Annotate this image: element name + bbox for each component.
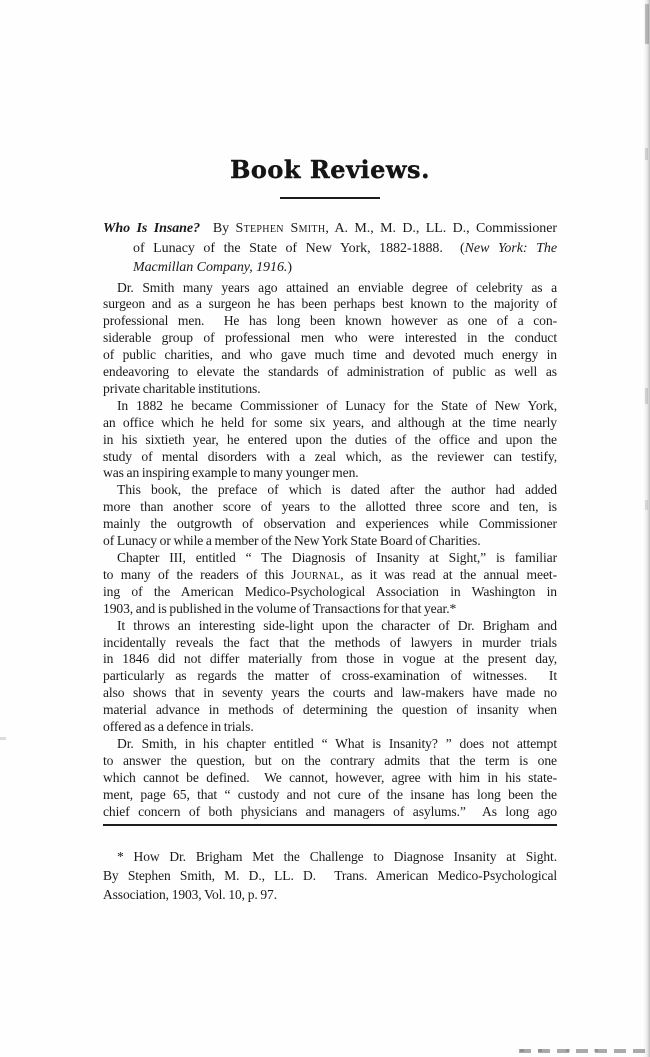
scan-dot-artifact	[520, 1049, 524, 1052]
text-line: This book, the preface of which is dated…	[103, 482, 557, 499]
author-small-caps: Stephen Smith	[236, 221, 326, 236]
text-line: chief concern of both physicians and man…	[103, 804, 557, 821]
text-line: to many of the readers of this Journal, …	[103, 567, 557, 584]
text-line: In 1882 he became Commissioner of Lunacy…	[103, 398, 557, 415]
heading-line: Who Is Insane? By Stephen Smith, A. M., …	[103, 219, 557, 239]
text-line: was an inspiring example to many younger…	[103, 465, 557, 482]
scan-edge-mark	[645, 148, 648, 160]
text-run: of Lunacy of the State of New York, 1882…	[133, 241, 465, 256]
publisher-italic: New York: The	[465, 241, 557, 256]
text-line: study of mental disorders with a zeal wh…	[103, 449, 557, 466]
text-line: which cannot be defined. We cannot, howe…	[103, 770, 557, 787]
text-line: mainly the outgrowth of observation and …	[103, 516, 557, 533]
text-line: in 1846 did not differ materially from t…	[103, 651, 557, 668]
paragraph: Dr. Smith many years ago attained an env…	[103, 280, 557, 398]
heading-line: Macmillan Company, 1916.)	[103, 258, 557, 278]
text-run: By	[200, 221, 235, 236]
page-title: Book Reviews.	[103, 155, 557, 184]
text-run: , A. M., M. D., LL. D., Commissioner	[325, 221, 557, 236]
text-line: ment, page 65, that “ custody and not cu…	[103, 787, 557, 804]
text-line: ing of the American Medico-Psychological…	[103, 584, 557, 601]
paragraph: This book, the preface of which is dated…	[103, 482, 557, 550]
paragraph: Chapter III, entitled “ The Diagnosis of…	[103, 550, 557, 618]
scan-edge-mark	[645, 4, 649, 44]
text-line: in his sixtieth year, he entered upon th…	[103, 432, 557, 449]
scanned-book-page: { "colors": { "paper": "#fefefe", "ink":…	[0, 0, 650, 1057]
text-line: Dr. Smith, in his chapter entitled “ Wha…	[103, 736, 557, 753]
text-line: of Lunacy or while a member of the New Y…	[103, 533, 557, 550]
text-line: also shows that in seventy years the cou…	[103, 685, 557, 702]
title-divider	[280, 197, 380, 199]
text-line: private charitable institutions.	[103, 381, 557, 398]
text-line: incidentally reveals the fact that the m…	[103, 635, 557, 652]
text-line: Chapter III, entitled “ The Diagnosis of…	[103, 550, 557, 567]
paragraph: It throws an interesting side-light upon…	[103, 618, 557, 736]
text-line: of public charities, and who gave much t…	[103, 347, 557, 364]
scan-edge-mark	[645, 388, 648, 404]
text-line: particularly as regards the matter of cr…	[103, 668, 557, 685]
text-line: siderable group of professional men who …	[103, 330, 557, 347]
footnote-line: * How Dr. Brigham Met the Challenge to D…	[103, 847, 557, 866]
text-line: surgeon and as a surgeon he has been per…	[103, 296, 557, 313]
footnote-divider	[103, 824, 557, 826]
heading-line: of Lunacy of the State of New York, 1882…	[103, 239, 557, 259]
text-line: offered as a defence in trials.	[103, 719, 557, 736]
text-line: an office which he held for some six yea…	[103, 415, 557, 432]
text-run: , as it was read at the annual meet-	[340, 567, 557, 582]
footnote-line: By Stephen Smith, M. D., LL. D. Trans. A…	[103, 866, 557, 885]
text-line: professional men. He has long been known…	[103, 313, 557, 330]
text-line: Dr. Smith many years ago attained an env…	[103, 280, 557, 297]
text-run: to many of the readers of this	[103, 567, 291, 582]
paragraph: Dr. Smith, in his chapter entitled “ Wha…	[103, 736, 557, 821]
text-block: Book Reviews. Who Is Insane? By Stephen …	[103, 155, 557, 904]
footnote: * How Dr. Brigham Met the Challenge to D…	[103, 847, 557, 904]
scan-edge-mark	[645, 500, 648, 510]
paragraph: In 1882 he became Commissioner of Lunacy…	[103, 398, 557, 483]
publisher-italic: Macmillan Company, 1916.	[133, 260, 287, 275]
text-line: endeavoring to elevate the standards of …	[103, 364, 557, 381]
scan-dash-artifact	[519, 1049, 649, 1053]
text-run: )	[287, 260, 292, 275]
book-title-italic: Who Is Insane?	[103, 221, 200, 236]
review-heading: Who Is Insane? By Stephen Smith, A. M., …	[103, 219, 557, 278]
review-body: Dr. Smith many years ago attained an env…	[103, 280, 557, 821]
text-line: It throws an interesting side-light upon…	[103, 618, 557, 635]
footnote-line: Association, 1903, Vol. 10, p. 97.	[103, 885, 557, 904]
text-line: material advance in methods of determini…	[103, 702, 557, 719]
text-line: 1903, and is published in the volume of …	[103, 601, 557, 618]
text-line: to answer the question, but on the contr…	[103, 753, 557, 770]
text-line: more than another score of years to the …	[103, 499, 557, 516]
journal-small-caps: Journal	[291, 567, 340, 582]
scan-left-mark	[0, 737, 6, 740]
